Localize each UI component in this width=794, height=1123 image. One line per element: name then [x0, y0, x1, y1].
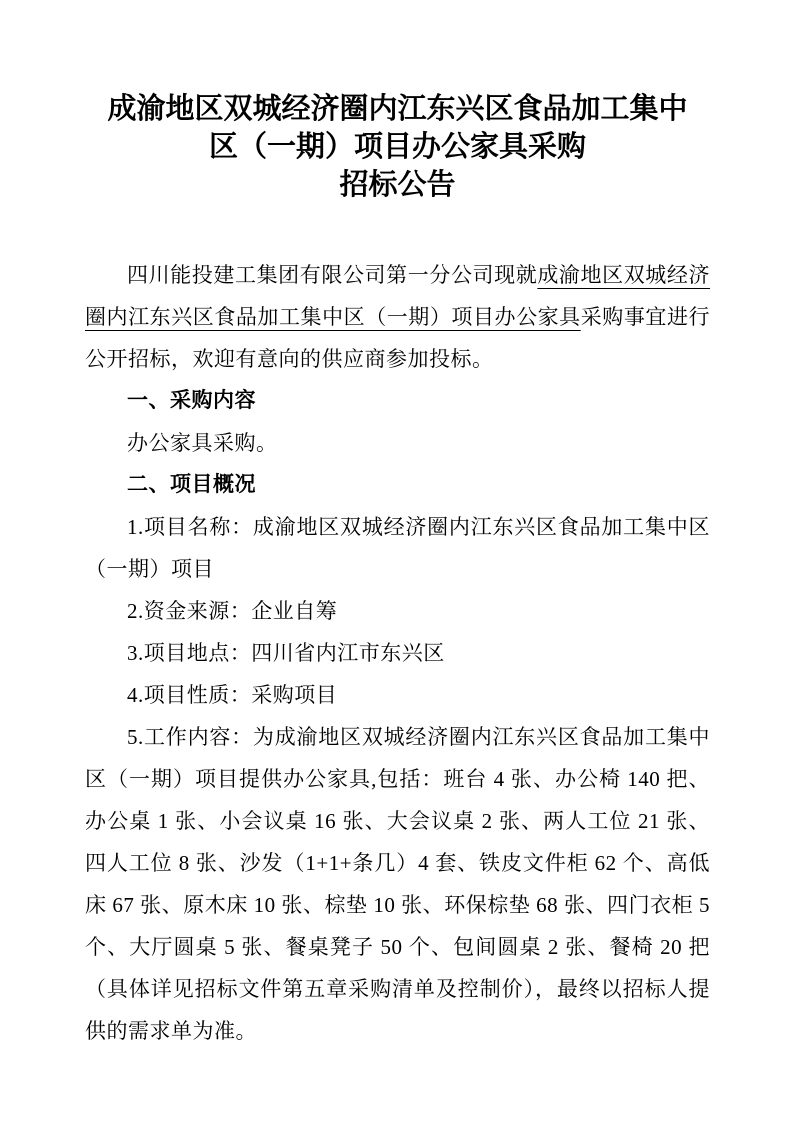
section-1-heading: 一、采购内容 [85, 380, 710, 422]
intro-paragraph: 四川能投建工集团有限公司第一分公司现就成渝地区双城经济圈内江东兴区食品加工集中区… [85, 254, 710, 380]
document-page: 成渝地区双城经济圈内江东兴区食品加工集中 区（一期）项目办公家具采购 招标公告 … [0, 0, 794, 1123]
title-line-1: 成渝地区双城经济圈内江东兴区食品加工集中 [85, 90, 710, 128]
document-title: 成渝地区双城经济圈内江东兴区食品加工集中 区（一期）项目办公家具采购 招标公告 [85, 90, 710, 204]
section-1-body: 办公家具采购。 [85, 422, 710, 464]
project-item-scope: 5.工作内容：为成渝地区双城经济圈内江东兴区食品加工集中区（一期）项目提供办公家… [85, 716, 710, 1052]
section-2-heading: 二、项目概况 [85, 464, 710, 506]
title-line-3: 招标公告 [85, 166, 710, 204]
project-item-nature: 4.项目性质：采购项目 [85, 674, 710, 716]
title-line-2: 区（一期）项目办公家具采购 [85, 128, 710, 166]
project-item-location: 3.项目地点：四川省内江市东兴区 [85, 632, 710, 674]
project-item-name: 1.项目名称：成渝地区双城经济圈内江东兴区食品加工集中区（一期）项目 [85, 506, 710, 590]
project-item-funding: 2.资金来源：企业自筹 [85, 590, 710, 632]
intro-text-before-underline: 四川能投建工集团有限公司第一分公司现就 [127, 263, 537, 287]
